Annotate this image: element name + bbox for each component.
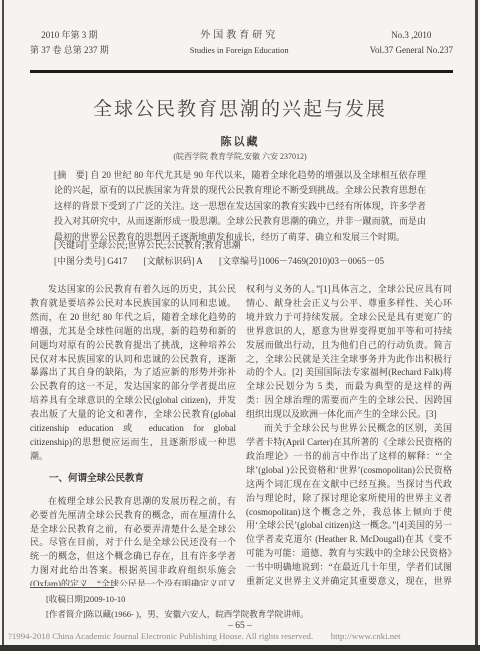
journal-name: 外国教育研究 Studies in Foreign Education	[190, 28, 289, 58]
keywords-label: [关键词]	[54, 240, 89, 250]
abstract-block: [摘 要] 自 20 世纪 80 年代尤其是 90 年代以来，随着全球化趋势的增…	[54, 168, 426, 245]
classification-line: [中图分类号] G417 [文献标识码] A [文章编号]1006－7469(2…	[54, 254, 444, 267]
document-code: [文献标识码] A	[144, 256, 203, 266]
journal-issue-en-line1: No.3 ,2010	[370, 28, 453, 43]
left-column: 发达国家的公民教育有着久远的历史，其公民教育就是要培养公民对本民族国家的认同和忠…	[30, 283, 236, 586]
body-columns: 发达国家的公民教育有着久远的历史，其公民教育就是要培养公民对本民族国家的认同和忠…	[30, 283, 453, 586]
clc-number: [中图分类号] G417	[54, 256, 127, 266]
received-date: [收稿日期]2009-10-10	[46, 592, 446, 607]
author-bio: [作者简介]陈以藏(1966- )，男，安徽六安人，皖西学院教育学院讲师。	[46, 607, 446, 622]
right-paragraph-2: 而关于全球公民与世界公民概念的区别，美国学者卡特(April Carter)在其…	[246, 422, 452, 586]
copyright-line: ?1994-2018 China Academic Journal Electr…	[8, 629, 476, 642]
journal-issue-line2: 第 37 卷 总第 237 期	[30, 43, 109, 58]
header-rule	[30, 70, 453, 73]
right-column: 权利与义务的人。”[1]具体言之，全球公民应具有同情心、献身社会正义与公平、尊重…	[246, 283, 452, 586]
abstract-text: 自 20 世纪 80 年代尤其是 90 年代以来，随着全球化趋势的增强以及全球相…	[54, 170, 426, 242]
keywords-line: [关键词] 全球公民;世界公民;公民教育;教育思潮	[54, 238, 434, 251]
journal-issue-cn: 2010 年第 3 期 第 37 卷 总第 237 期	[30, 28, 109, 58]
keywords-text: 全球公民;世界公民;公民教育;教育思潮	[89, 240, 241, 250]
right-paragraph-1: 权利与义务的人。”[1]具体言之，全球公民应具有同情心、献身社会正义与公平、尊重…	[246, 283, 452, 422]
left-paragraph-1: 发达国家的公民教育有着久远的历史，其公民教育就是要培养公民对本民族国家的认同和忠…	[30, 283, 236, 464]
article-title: 全球公民教育思潮的兴起与发展	[0, 94, 480, 121]
journal-issue-en-line2: Vol.37 General No.237	[370, 43, 453, 58]
journal-name-cn: 外国教育研究	[190, 28, 289, 43]
article-id: [文章编号]1006－7469(2010)03－0065－05	[219, 256, 384, 266]
footnote-separator	[30, 587, 114, 588]
section-heading-1: 一、何谓全球公民教育	[30, 473, 236, 487]
journal-issue-en: No.3 ,2010 Vol.37 General No.237	[370, 28, 453, 58]
left-paragraph-2: 在梳理全球公民教育思潮的发展历程之前，有必要首先厘清全球公民教育的概念，而在厘清…	[30, 495, 236, 586]
journal-name-en: Studies in Foreign Education	[190, 43, 289, 58]
scan-edge-bottom	[0, 645, 480, 651]
journal-issue-line1: 2010 年第 3 期	[30, 28, 109, 43]
scanned-paper-page: 2010 年第 3 期 第 37 卷 总第 237 期 外国教育研究 Studi…	[0, 0, 480, 651]
author-affiliation: (皖西学院 教育学院,安徽 六安 237012)	[0, 151, 480, 162]
article-author: 陈以藏	[0, 133, 480, 149]
journal-header: 2010 年第 3 期 第 37 卷 总第 237 期 外国教育研究 Studi…	[30, 28, 453, 58]
abstract-label: [摘 要]	[54, 170, 90, 180]
footnote-block: [收稿日期]2009-10-10 [作者简介]陈以藏(1966- )，男，安徽六…	[46, 592, 446, 621]
